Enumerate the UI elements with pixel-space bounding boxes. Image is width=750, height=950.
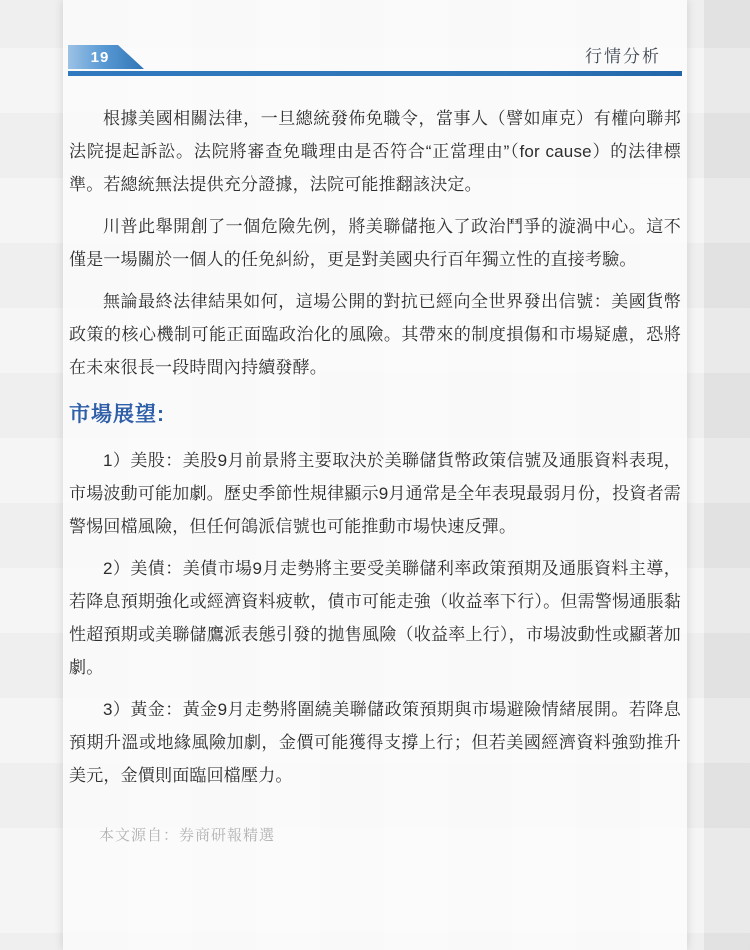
page-number-badge: 19 (68, 45, 144, 69)
paragraph-signal: 無論最終法律結果如何，這場公開的對抗已經向全世界發出信號：美國貨幣政策的核心機制… (69, 285, 681, 384)
paragraph-law: 根據美國相關法律，一旦總統發佈免職令，當事人（譬如庫克）有權向聯邦法院提起訴訟。… (69, 102, 681, 201)
footer-source: 本文源自：券商研報精選 (69, 824, 681, 845)
outlook-item-gold: 3）黃金：黃金9月走勢將圍繞美聯儲政策預期與市場避險情緒展開。若降息預期升溫或地… (69, 693, 681, 792)
paragraph-precedent: 川普此舉開創了一個危險先例，將美聯儲拖入了政治鬥爭的漩渦中心。這不僅是一場關於一… (69, 210, 681, 276)
outlook-item-bonds: 2）美債：美債市場9月走勢將主要受美聯儲利率政策預期及通脹資料主導，若降息預期強… (69, 552, 681, 684)
section-title: 行情分析 (585, 46, 661, 68)
page-card: 19 行情分析 根據美國相關法律，一旦總統發佈免職令，當事人（譬如庫克）有權向聯… (63, 0, 687, 950)
page-number: 19 (91, 49, 110, 66)
article-body: 根據美國相關法律，一旦總統發佈免職令，當事人（譬如庫克）有權向聯邦法院提起訴訟。… (63, 76, 687, 845)
outlook-item-stocks: 1）美股：美股9月前景將主要取決於美聯儲貨幣政策信號及通脹資料表現，市場波動可能… (69, 444, 681, 543)
outlook-heading: 市場展望: (69, 400, 681, 430)
page-header: 19 行情分析 (63, 0, 687, 69)
